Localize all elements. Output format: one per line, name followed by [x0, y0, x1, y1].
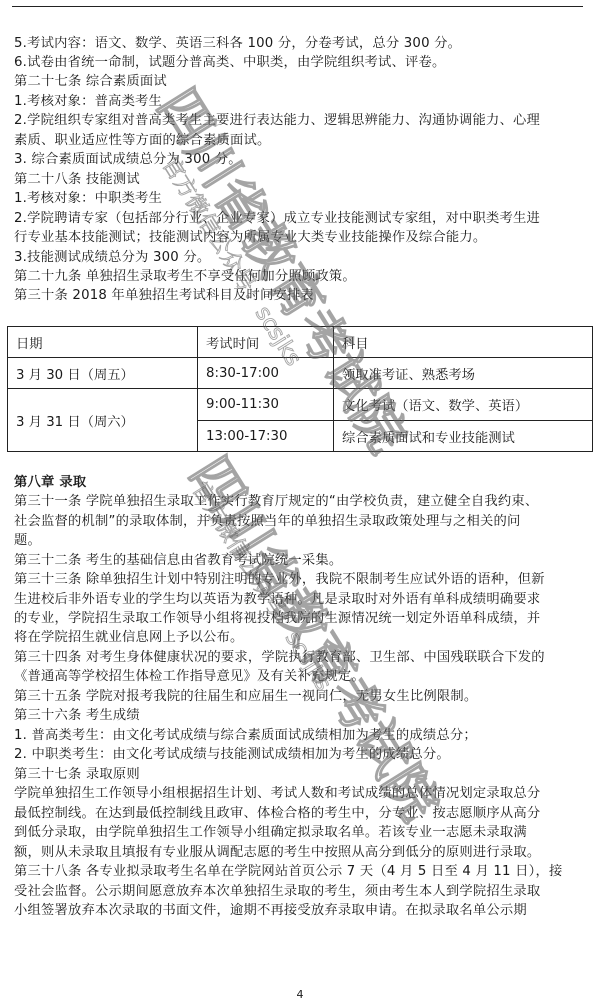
- cell-date: 3 月 31 日（周六）: [8, 389, 198, 452]
- cell-date: 3 月 30 日（周五）: [8, 358, 198, 389]
- article-33-a: 第三十三条 除单独招生计划中特别注明的专业外，我院不限制考生应试外语的语种，但新: [14, 570, 545, 589]
- article-33-c: 的专业，学院招生录取工作领导小组将视投档我院的生源情况统一划定外语单科成绩，并: [14, 609, 540, 628]
- article-33-d: 将在学院招生就业信息网上予以公布。: [14, 628, 243, 647]
- header-time: 考试时间: [198, 327, 334, 358]
- article-30-title: 第三十条 2018 年单独招生考试科目及时间安排表: [14, 286, 314, 305]
- article-33-b: 生进校后非外语专业的学生均以英语为教学语种。凡是录取时对外语有单科成绩明确要求: [14, 590, 540, 609]
- article-28-title: 第二十八条 技能测试: [14, 170, 140, 189]
- cell-subject: 综合素质面试和专业技能测试: [334, 421, 593, 452]
- cell-time: 9:00-11:30: [198, 389, 334, 421]
- article-27-item-1: 1.考核对象：普高类考生: [14, 92, 162, 111]
- paper-line: 6.试卷由省统一命制，试题分普高类、中职类，由学院组织考试、评卷。: [14, 53, 446, 72]
- article-27-item-3: 3. 综合素质面试成绩总分为 300 分。: [14, 150, 242, 169]
- article-35: 第三十五条 学院对报考我院的往届生和应届生一视同仁，无男女生比例限制。: [14, 687, 477, 706]
- cell-subject: 领取准考证、熟悉考场: [334, 358, 593, 389]
- table-row: 3 月 30 日（周五） 8:30-17:00 领取准考证、熟悉考场: [8, 358, 593, 389]
- exam-schedule-table: 日期 考试时间 科目 3 月 30 日（周五） 8:30-17:00 领取准考证…: [7, 326, 593, 452]
- article-34-a: 第三十四条 对考生身体健康状况的要求，学院执行教育部、卫生部、中国残联联合下发的: [14, 648, 545, 667]
- article-28-item-1: 1.考核对象：中职类考生: [14, 189, 162, 208]
- header-subject: 科目: [334, 327, 593, 358]
- article-32: 第三十二条 考生的基础信息由省教育考试院统一采集。: [14, 551, 342, 570]
- article-37-c: 到低分录取，由学院单独招生工作领导小组确定拟录取名单。若该专业一志愿未录取满: [14, 823, 527, 842]
- article-28-item-2b: 行专业基本技能测试；技能测试内容为所属专业大类专业技能操作及综合能力。: [14, 228, 486, 247]
- article-38-c: 小组签署放弃本次录取的书面文件，逾期不再接受放弃录取申请。在拟录取名单公示期: [14, 901, 527, 920]
- cell-time: 8:30-17:00: [198, 358, 334, 389]
- article-34-b: 《普通高等学校招生体检工作指导意见》及有关补充规定。: [14, 667, 365, 686]
- page-number: 4: [0, 988, 600, 1001]
- article-31-b: 社会监督的机制”的录取体制，并负责按照当年的单独招生录取政策处理与之相关的问: [14, 512, 520, 531]
- article-37-d: 额，则从未录取且填报有专业服从调配志愿的考生中按照从高分到低分的原则进行录取。: [14, 843, 540, 862]
- article-36-item-1: 1. 普高类考生：由文化考试成绩与综合素质面试成绩相加为考生的成绩总分；: [14, 726, 477, 745]
- header-date: 日期: [8, 327, 198, 358]
- article-29: 第二十九条 单独招生录取考生不享受任何加分照顾政策。: [14, 267, 356, 286]
- table-row: 3 月 31 日（周六） 9:00-11:30 文化考试（语文、数学、英语）: [8, 389, 593, 421]
- article-28-item-3: 3.技能测试成绩总分为 300 分。: [14, 248, 210, 267]
- article-37-title: 第三十七条 录取原则: [14, 765, 140, 784]
- article-31-c: 题。: [14, 531, 41, 550]
- article-27-item-2b: 素质、职业适应性等方面的综合素质面试。: [14, 131, 270, 150]
- header-rule: [12, 6, 583, 7]
- article-37-b: 最低控制线。在达到最低控制线且政审、体检合格的考生中，分专业、按志愿顺序从高分: [14, 804, 540, 823]
- article-28-item-2a: 2.学院聘请专家（包括部分行业、企业专家）成立专业技能测试专家组，对中职类考生进: [14, 209, 540, 228]
- table-header-row: 日期 考试时间 科目: [8, 327, 593, 358]
- article-36-item-2: 2. 中职类考生：由文化考试成绩与技能测试成绩相加为考生的成绩总分。: [14, 745, 450, 764]
- article-27-title: 第二十七条 综合素质面试: [14, 72, 167, 91]
- cell-time: 13:00-17:30: [198, 421, 334, 452]
- article-31-a: 第三十一条 学院单独招生录取工作实行教育厅规定的“由学校负责，建立健全自我约束、: [14, 492, 538, 511]
- exam-content-line: 5.考试内容：语文、数学、英语三科各 100 分，分卷考试，总分 300 分。: [14, 34, 461, 53]
- article-38-b: 受社会监督。公示期间愿意放弃本次单独招生录取的考生，须由考生本人到学院招生录取: [14, 882, 540, 901]
- article-38-a: 第三十八条 各专业拟录取考生名单在学院网站首页公示 7 天（4 月 5 日至 4…: [14, 862, 562, 881]
- chapter-8-title: 第八章 录取: [14, 473, 86, 492]
- article-37-a: 学院单独招生工作领导小组根据招生计划、考试人数和考试成绩的总体情况划定录取总分: [14, 784, 540, 803]
- article-36-title: 第三十六条 考生成绩: [14, 706, 140, 725]
- article-27-item-2a: 2.学院组织专家组对普高类考生主要进行表达能力、逻辑思辨能力、沟通协调能力、心理: [14, 111, 540, 130]
- cell-subject: 文化考试（语文、数学、英语）: [334, 389, 593, 421]
